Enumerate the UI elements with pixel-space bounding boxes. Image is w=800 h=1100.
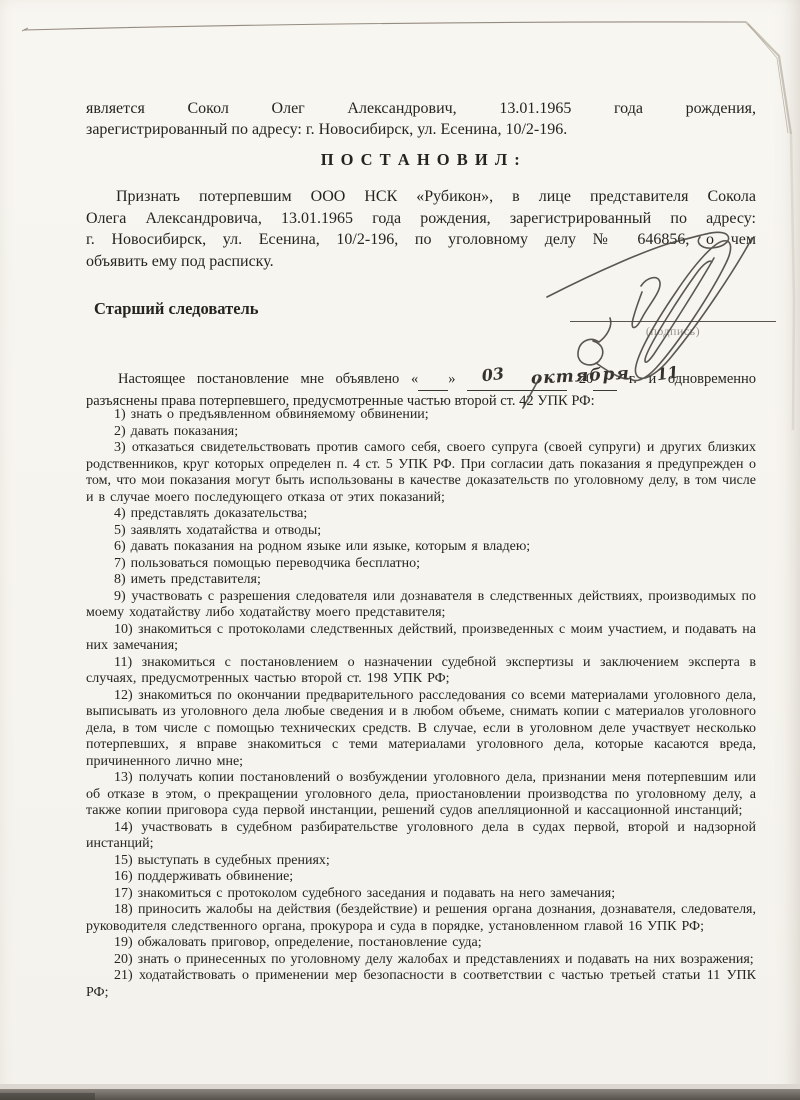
right-item: 19) обжаловать приговор, определение, по… — [86, 935, 756, 952]
right-item: 16) поддерживать обвинение; — [86, 869, 756, 886]
right-item: 21) ходатайствовать о применении мер без… — [86, 968, 756, 1001]
right-item: 13) получать копии постановлений о возбу… — [86, 770, 756, 820]
open-quote: « — [411, 371, 418, 387]
right-item: 18) приносить жалобы на действия (бездей… — [86, 902, 756, 935]
investigator-title: Старший следователь — [94, 299, 764, 319]
resolution-line-2: Олега Александровича, 13.01.1965 года ро… — [86, 208, 756, 230]
scanner-bar-corner — [0, 1093, 95, 1100]
victim-rights-list: 1) знать о предъявленном обвиняемому обв… — [86, 407, 756, 1001]
right-item: 20) знать о принесенных по уголовному де… — [86, 952, 756, 969]
scanned-document-page: является Сокол Олег Александрович, 13.01… — [0, 0, 800, 1100]
right-item: 2) давать показания; — [86, 424, 756, 441]
right-item: 5) заявлять ходатайства и отводы; — [86, 523, 756, 540]
resolution-paragraph: Признать потерпевшим ООО НСК «Рубикон», … — [86, 186, 756, 272]
handwritten-day-blank: 03 — [418, 369, 448, 391]
right-item: 14) участвовать в судебном разбирательст… — [86, 820, 756, 853]
intro-line-2: зарегистрированный по адресу: г. Новосиб… — [86, 119, 756, 140]
right-item: 17) знакомиться с протоколом судебного з… — [86, 886, 756, 903]
right-item: 8) иметь представителя; — [86, 572, 756, 589]
resolution-line-3: г. Новосибирск, ул. Есенина, 10/2-196, п… — [86, 229, 756, 251]
right-item: 1) знать о предъявленном обвиняемому обв… — [86, 407, 756, 424]
resolution-line-1: Признать потерпевшим ООО НСК «Рубикон», … — [86, 186, 756, 208]
acknowledgement-line-1: Настоящее постановление мне объявлено «0… — [86, 369, 756, 391]
right-item: 12) знакомиться по окончании предварител… — [86, 688, 756, 771]
right-item: 9) участвовать с разрешения следователя … — [86, 589, 756, 622]
acknowledgement-paragraph: Настоящее постановление мне объявлено «0… — [86, 369, 756, 411]
right-item: 10) знакомиться с протоколами следственн… — [86, 622, 756, 655]
right-item: 6) давать показания на родном языке или … — [86, 539, 756, 556]
scanner-bar — [0, 1089, 800, 1100]
right-item: 3) отказаться свидетельствовать против с… — [86, 440, 756, 506]
signature-caption: (подпись) — [570, 324, 776, 339]
resolution-heading: П О С Т А Н О В И Л : — [86, 150, 756, 170]
right-item: 7) пользоваться помощью переводчика бесп… — [86, 556, 756, 573]
right-item: 11) знакомиться с постановлением о назна… — [86, 655, 756, 688]
signature-line — [570, 321, 776, 322]
intro-paragraph: является Сокол Олег Александрович, 13.01… — [86, 98, 756, 140]
right-item: 4) представлять доказательства; — [86, 506, 756, 523]
right-item: 15) выступать в судебных прениях; — [86, 853, 756, 870]
intro-line-1: является Сокол Олег Александрович, 13.01… — [86, 98, 756, 119]
resolution-line-4: объявить ему под расписку. — [86, 251, 756, 273]
ack-text-before-date: Настоящее постановление мне объявлено — [118, 371, 399, 387]
